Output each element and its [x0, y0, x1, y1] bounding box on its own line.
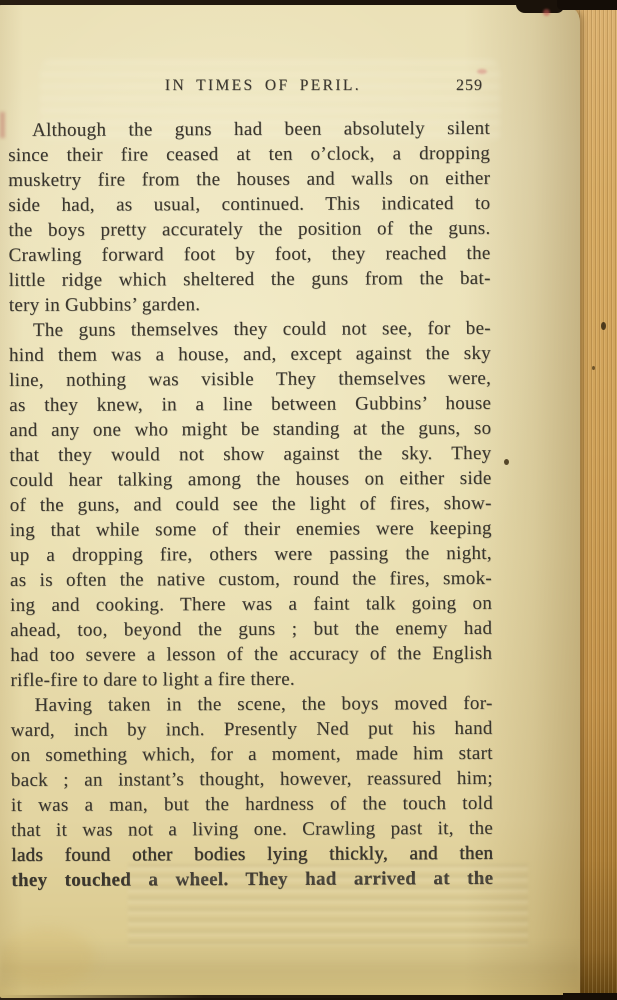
ink-blemish [543, 9, 550, 16]
paragraph-2: The guns themselves they could not see, … [9, 316, 493, 693]
scan-streaks [128, 864, 528, 946]
text-column: Although the guns had been absolutely si… [8, 116, 493, 893]
text-line: back ; an instant’s thought, however, re… [11, 766, 493, 793]
text-line: tery in Gubbins’ garden. [9, 291, 491, 318]
text-line: on something which, for a moment, made h… [11, 741, 493, 768]
paragraph-3: Having taken in the scene, the boys move… [11, 691, 494, 893]
page-stain [0, 928, 95, 986]
scan-bottom-edge-right [563, 993, 617, 1000]
text-line: Crawling forward foot by foot, they reac… [9, 241, 491, 268]
page-number: 259 [440, 77, 483, 95]
text-line: Although the guns had been absolutely si… [8, 116, 490, 143]
paragraph-1: Although the guns had been absolutely si… [8, 116, 491, 318]
text-line: ahead, too, beyond the guns ; but the en… [10, 616, 492, 643]
text-line: could hear talking among the houses on e… [10, 466, 492, 493]
text-line: line, nothing was visible They themselve… [9, 366, 491, 393]
text-line: musketry fire from the houses and walls … [8, 166, 490, 193]
text-line: as they knew, in a line between Gubbins’… [9, 391, 491, 418]
ink-blemish [0, 112, 5, 138]
text-line: had too severe a lesson of the accuracy … [10, 641, 492, 668]
text-line: little ridge which sheltered the guns fr… [9, 266, 491, 293]
scanned-book-page: IN TIMES OF PERIL. 259 Although the guns… [0, 0, 617, 1000]
text-line: it was a man, but the hardness of the to… [11, 791, 493, 818]
text-line: as is often the native custom, round the… [10, 566, 492, 593]
text-line: of the guns, and could see the light of … [10, 491, 492, 518]
text-line: Having taken in the scene, the boys move… [11, 691, 493, 718]
text-line: side had, as usual, continued. This indi… [8, 191, 490, 218]
text-line: and any one who might be standing at the… [9, 416, 491, 443]
ink-blemish [477, 69, 487, 74]
text-line: ing that while some of their enemies wer… [10, 516, 492, 543]
text-line: The guns themselves they could not see, … [9, 316, 491, 343]
text-line: since their fire ceased at ten o’clock, … [8, 141, 490, 168]
text-line: that they would not show against the sky… [9, 441, 491, 468]
text-line: that it was not a living one. Crawling p… [11, 816, 493, 843]
text-line: rifle-fire to dare to light a fire there… [10, 666, 492, 693]
scan-bottom-edge [0, 995, 580, 1000]
running-head: IN TIMES OF PERIL. 259 [0, 77, 580, 101]
scan-top-edge-right [557, 0, 617, 10]
ink-speck [504, 459, 509, 465]
text-line: the boys pretty accurately the position … [8, 216, 490, 243]
text-line: ing and cooking. There was a faint talk … [10, 591, 492, 618]
page-title: IN TIMES OF PERIL. [22, 77, 504, 95]
page-sheet: IN TIMES OF PERIL. 259 Although the guns… [0, 4, 580, 998]
scan-top-edge [0, 0, 596, 5]
text-line: ward, inch by inch. Presently Ned put hi… [11, 716, 493, 743]
text-line: up a dropping fire, others were passing … [10, 541, 492, 568]
text-line: hind them was a house, and, except again… [9, 341, 491, 368]
ink-speck [601, 322, 606, 330]
ink-speck [592, 366, 595, 370]
